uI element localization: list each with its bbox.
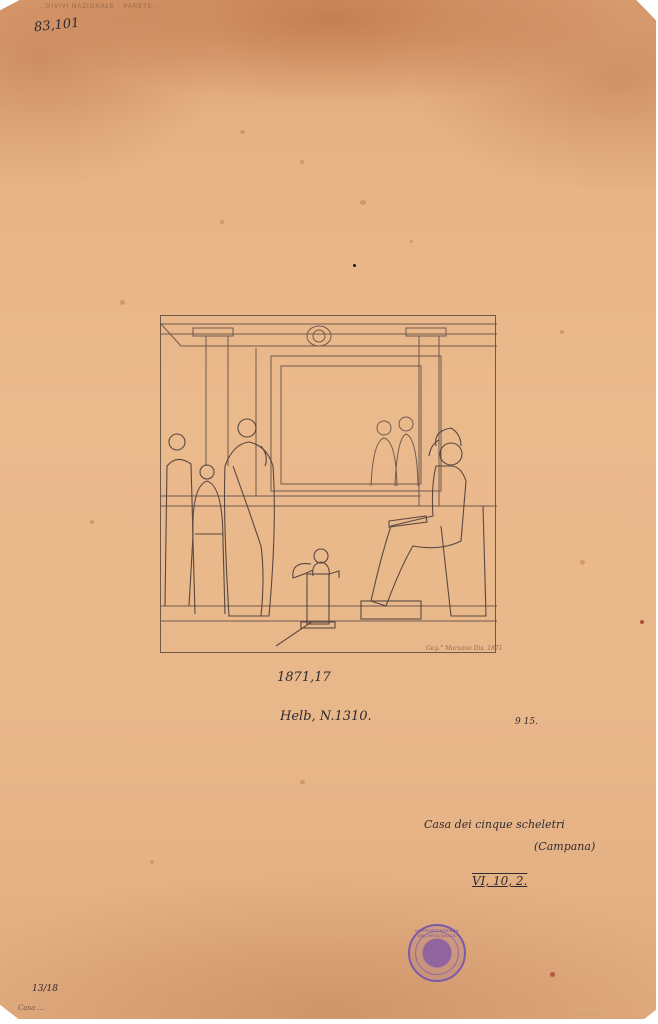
- stain-speck: [580, 560, 585, 565]
- helbig-reference: Helb, N.1310.: [280, 709, 372, 724]
- stain-speck: [640, 620, 644, 624]
- pencil-drawing: [160, 315, 496, 653]
- stain-speck: [220, 220, 224, 224]
- bottom-left-note: Casa ...: [18, 1004, 44, 1012]
- stain-speck: [240, 130, 245, 134]
- bottom-right-faint: ... ...: [580, 1012, 597, 1018]
- stain-speck: [410, 240, 413, 243]
- small-note: 9 15.: [515, 717, 538, 727]
- scan-edge: [0, 1019, 658, 1024]
- region-number: VI, 10, 2.: [472, 874, 527, 888]
- stain-speck: [300, 780, 305, 784]
- stain-speck: [550, 972, 555, 977]
- artist-signature: Geg.° Marsano Dis. 1871: [426, 645, 503, 652]
- ink-dot: [353, 264, 356, 267]
- stain-speck: [150, 860, 154, 864]
- location-parenthetical: (Campana): [534, 840, 595, 853]
- location-title: Casa dei cinque scheletri: [424, 818, 565, 831]
- stain-speck: [300, 160, 304, 164]
- archival-stamp: SOPRINTENDENZA ARCHEOLOGICA: [408, 924, 466, 982]
- drawing-sketch: [161, 316, 497, 654]
- stain-speck: [560, 330, 564, 334]
- bottom-left-fraction: 13/18: [32, 984, 58, 994]
- stain-speck: [90, 520, 94, 524]
- inventory-date: 1871,17: [277, 670, 331, 685]
- stain-speck: [120, 300, 125, 305]
- stamp-text: SOPRINTENDENZA ARCHEOLOGICA: [410, 928, 464, 938]
- stain-speck: [360, 200, 366, 205]
- top-faint-label: ...DIVIVI NAZIONALE · PARETE ...: [38, 4, 164, 10]
